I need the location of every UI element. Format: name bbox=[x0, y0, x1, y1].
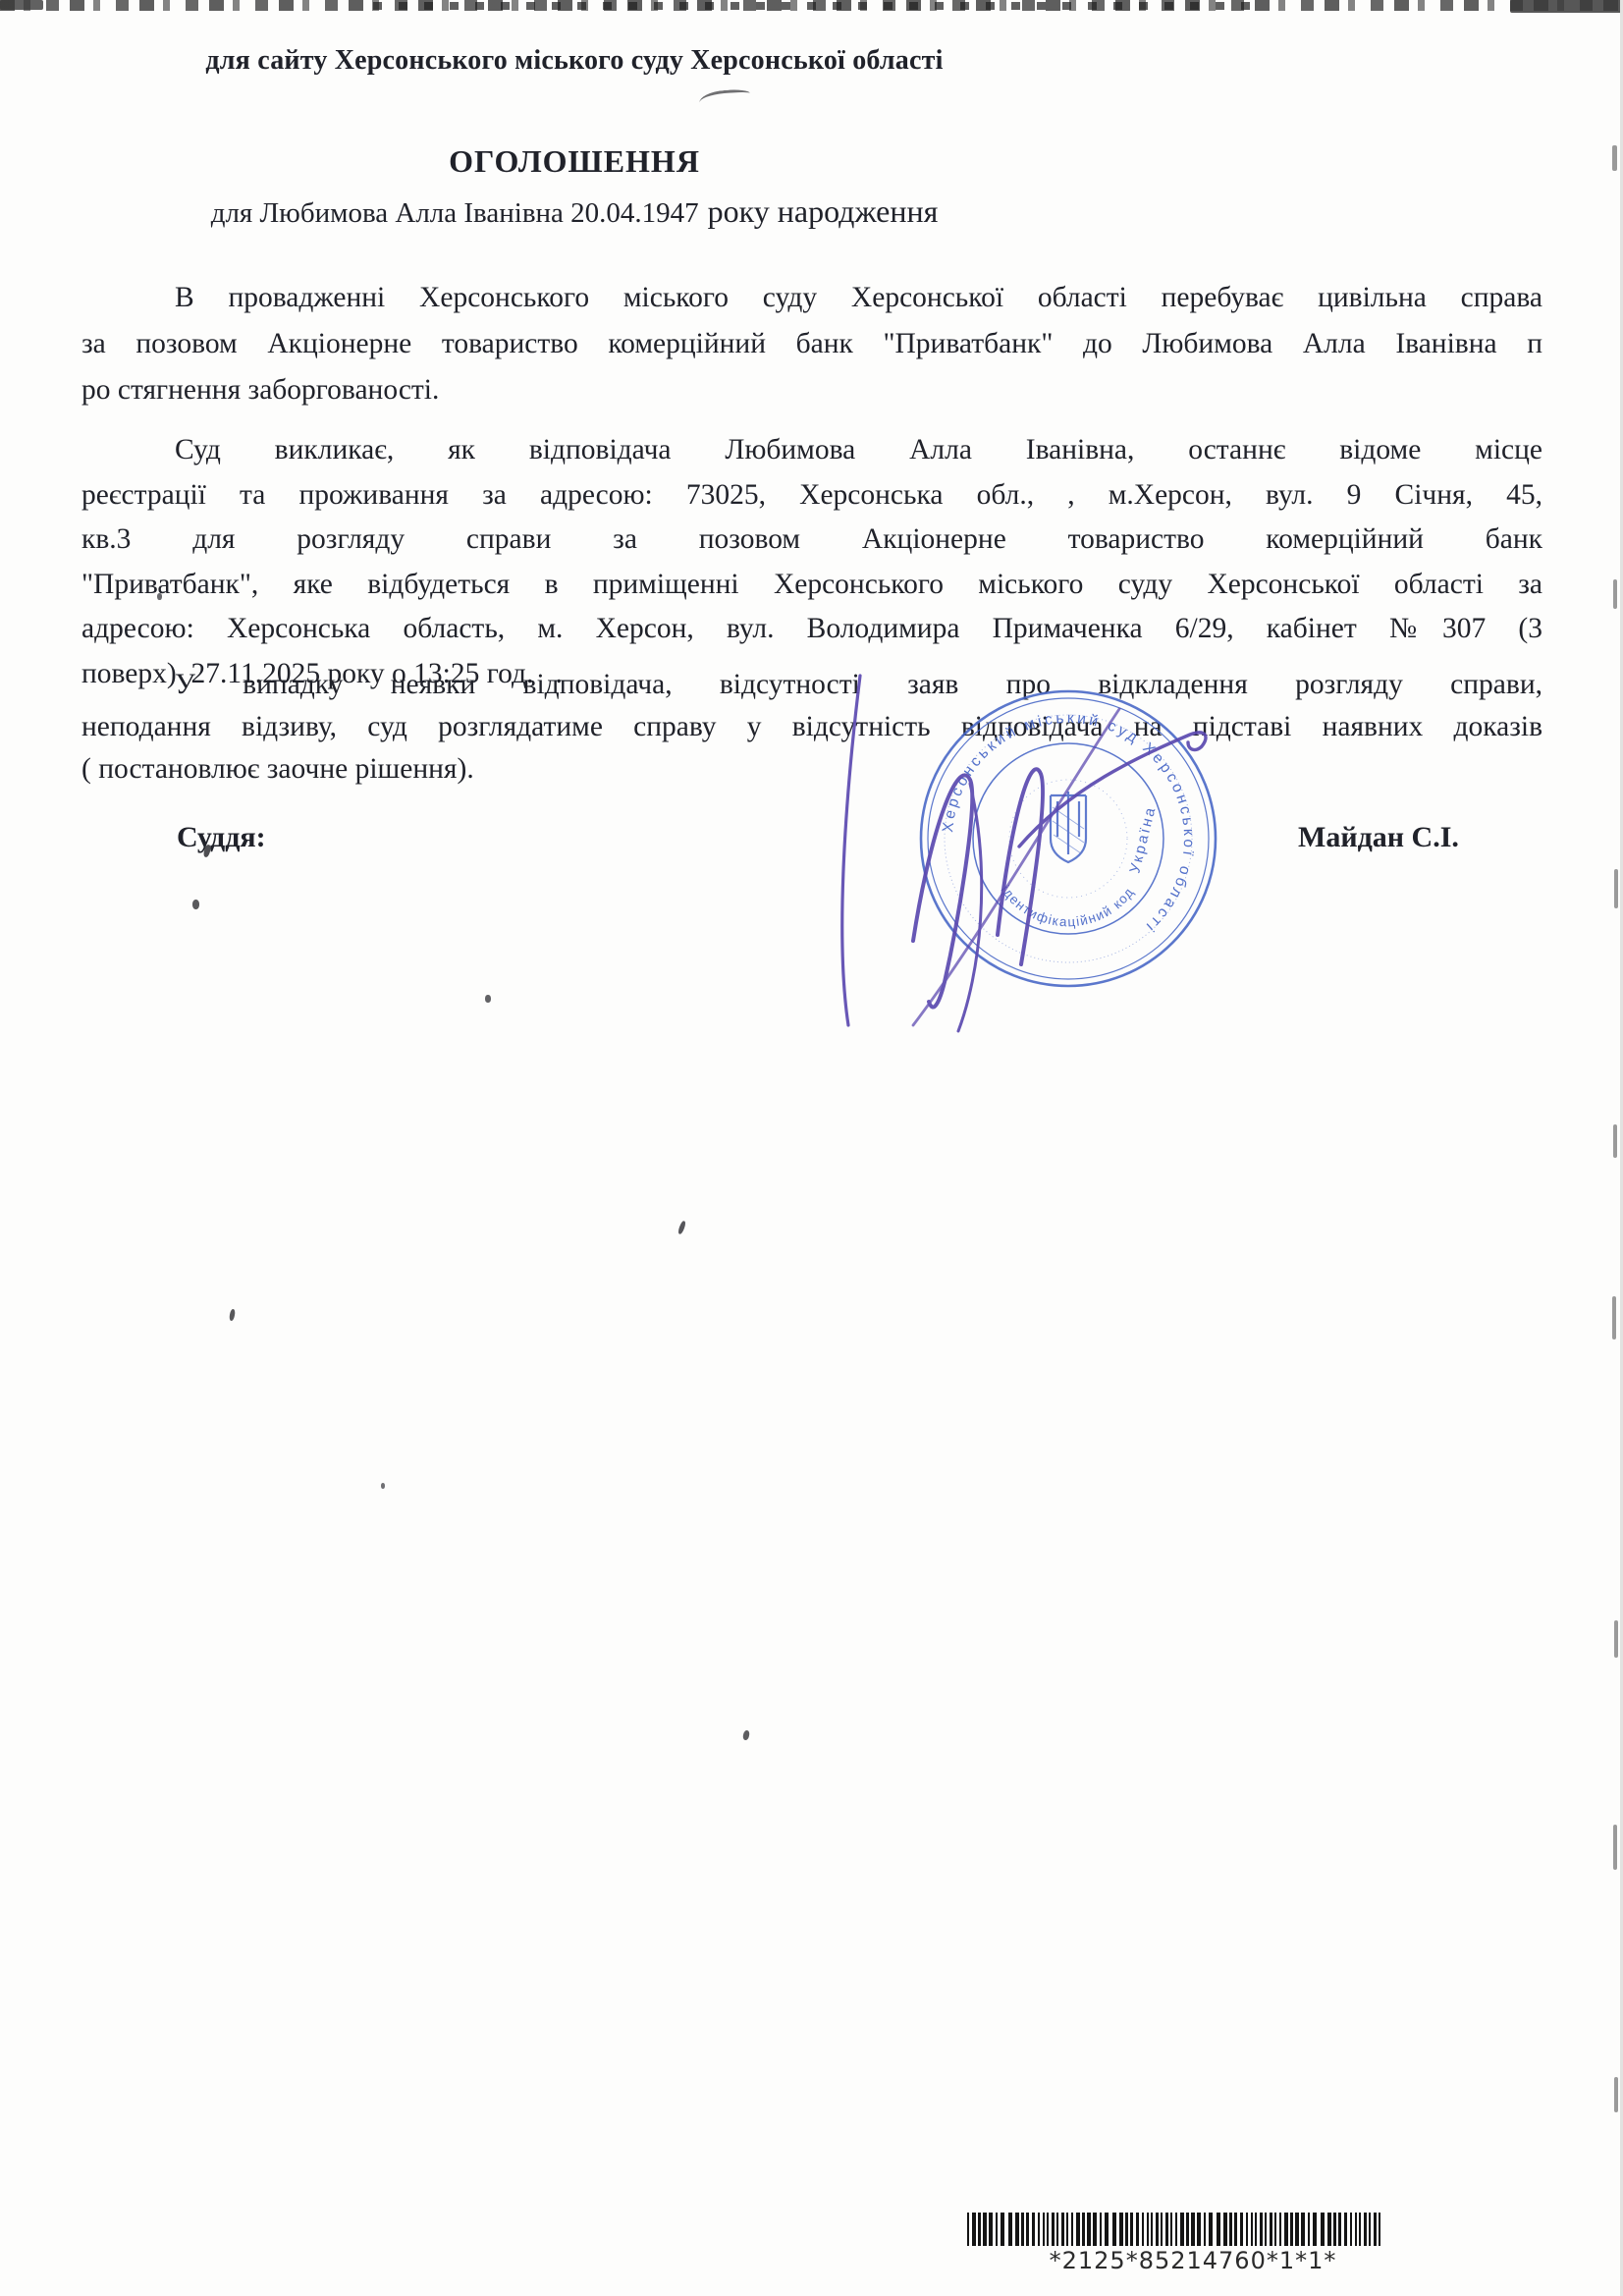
pen-squiggle-artifact bbox=[699, 88, 751, 105]
document-header: для сайту Херсонського міського суду Хер… bbox=[0, 45, 1149, 77]
text-line: за позовом Акціонерне товариство комерці… bbox=[81, 321, 1542, 367]
text-line: "Приватбанк", яке відбудеться в приміщен… bbox=[81, 563, 1542, 608]
document-title: ОГОЛОШЕННЯ bbox=[0, 143, 1149, 180]
scan-noise-corner bbox=[1510, 0, 1623, 13]
text-line: ро стягнення заборгованості. bbox=[81, 367, 1542, 413]
subtitle-person: для Любимова Алла Іванівна 20.04.1947 bbox=[211, 197, 699, 229]
judge-name: Майдан С.І. bbox=[1298, 821, 1459, 854]
scanned-page: { "page": { "header": "для сайту Херсонс… bbox=[0, 0, 1623, 2296]
barcode-text: *2125*85214760*1*1* bbox=[967, 2247, 1419, 2274]
barcode: *2125*85214760*1*1* bbox=[967, 2213, 1419, 2274]
text-line: кв.3 для розгляду справи за позовом Акці… bbox=[81, 518, 1542, 563]
stamp-country-text: Україна bbox=[1126, 804, 1160, 875]
judge-label: Суддя: bbox=[177, 821, 266, 854]
paragraph: В провадженні Херсонського міського суду… bbox=[81, 275, 1542, 413]
text-line: реєстрації та проживання за адресою: 730… bbox=[81, 473, 1542, 519]
subtitle-birth: року народження bbox=[708, 193, 939, 229]
scan-noise-top-overlay bbox=[373, 2, 1257, 10]
text-line: В провадженні Херсонського міського суду… bbox=[81, 275, 1542, 321]
scan-noise-corner bbox=[0, 0, 43, 10]
court-stamp: Херсонський міський суд Херсонської обла… bbox=[766, 640, 1276, 1063]
stamp-inner-text: ідентифікаційний код bbox=[999, 883, 1138, 930]
svg-text:ідентифікаційний код: ідентифікаційний код bbox=[999, 883, 1138, 930]
text-line: Суд викликає, як відповідача Любимова Ал… bbox=[81, 428, 1542, 473]
document-subtitle: для Любимова Алла Іванівна 20.04.1947рок… bbox=[0, 193, 1149, 230]
barcode-bars bbox=[967, 2213, 1419, 2246]
